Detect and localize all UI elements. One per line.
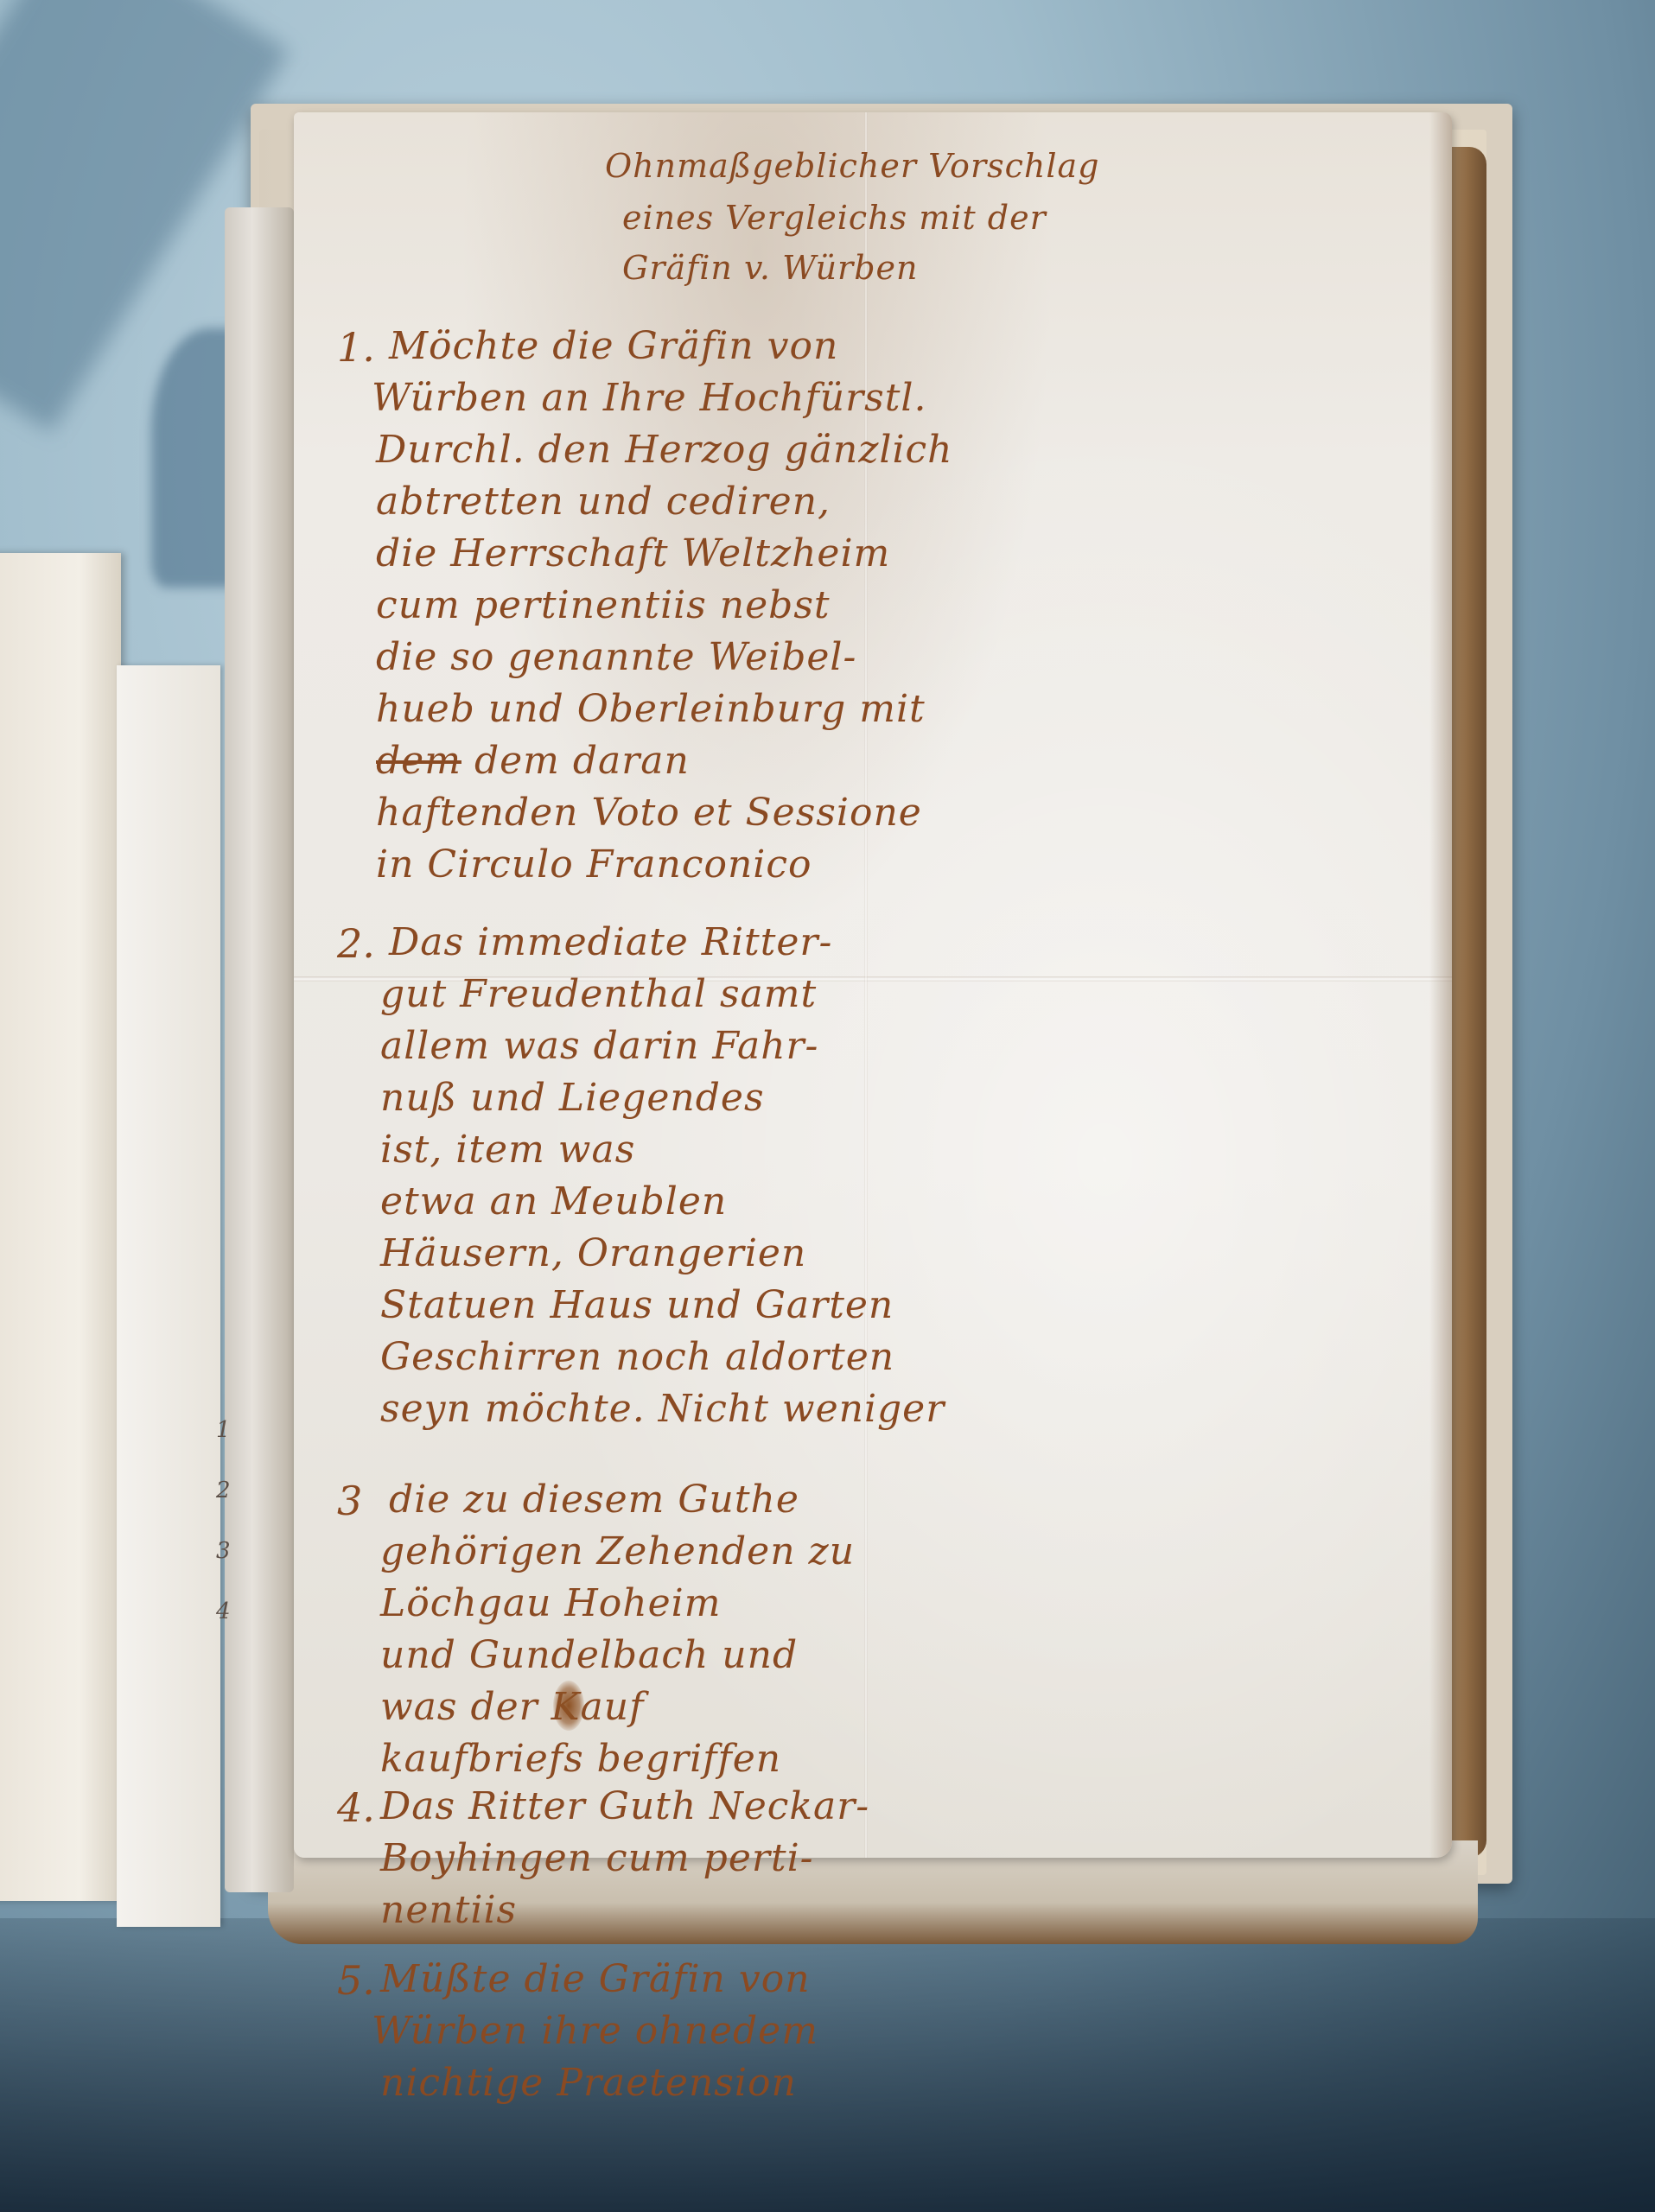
item-line: Das immediate Ritter- bbox=[389, 920, 832, 964]
item-line: etwa an Meublen bbox=[380, 1179, 727, 1224]
latin-text-block: ru fide et sepultis ab ipso pul in benef… bbox=[112, 553, 121, 562]
item-line: cum pertinentiis nebst bbox=[376, 583, 831, 627]
item-line: nuß und Liegendes bbox=[380, 1076, 765, 1120]
item-line: die Herrschaft Weltzheim bbox=[376, 531, 890, 575]
struck-word: dem bbox=[376, 739, 461, 783]
item-line: und Gundelbach und bbox=[380, 1633, 798, 1677]
spine-mark: 1 bbox=[216, 1400, 231, 1460]
spine-mark: 2 bbox=[216, 1460, 231, 1521]
ink-blot bbox=[553, 1681, 584, 1731]
item-line: was der Kauf bbox=[380, 1685, 644, 1729]
item-line: dem dem daran bbox=[376, 739, 690, 783]
bundle-spine bbox=[225, 207, 294, 1892]
item-number: 3 bbox=[337, 1478, 362, 1524]
item-number: 4. bbox=[337, 1784, 375, 1831]
vertical-fold bbox=[864, 112, 868, 1858]
item-line: Würben ihre ohnedem bbox=[372, 2009, 818, 2053]
item-line: Durchl. den Herzog gänzlich bbox=[376, 428, 953, 472]
title-line: Ohnmaßgeblicher Vorschlag bbox=[605, 147, 1100, 185]
item-line: haftenden Voto et Sessione bbox=[376, 791, 922, 835]
item-line: gut Freudenthal samt bbox=[380, 972, 817, 1016]
item-line: seyn möchte. Nicht weniger bbox=[380, 1387, 945, 1431]
item-line: Müßte die Gräfin von bbox=[380, 1957, 811, 2001]
background-dark-area bbox=[0, 1918, 1655, 2212]
item-line: Statuen Haus und Garten bbox=[380, 1283, 894, 1327]
title-line: Gräfin v. Würben bbox=[622, 249, 919, 287]
item-line: die so genannte Weibel- bbox=[376, 635, 856, 679]
item-line: ist, item was bbox=[380, 1128, 635, 1172]
item-number: 1. bbox=[337, 324, 375, 371]
latin-line: ru fide et sepultis ab ipso pul in benef… bbox=[112, 553, 121, 562]
printed-latin-sheet: ru fide et sepultis ab ipso pul in benef… bbox=[0, 553, 121, 1901]
manuscript-page: Ohnmaßgeblicher Vorschlag eines Vergleic… bbox=[294, 112, 1452, 1858]
spine-marks: 1 2 3 4 bbox=[216, 1400, 231, 1642]
spine-mark: 3 bbox=[216, 1521, 231, 1581]
item-line: Geschirren noch aldorten bbox=[380, 1335, 894, 1379]
spine-mark: 4 bbox=[216, 1581, 231, 1642]
item-line: kaufbriefs begriffen bbox=[380, 1737, 781, 1781]
item-line: Löchgau Hoheim bbox=[380, 1581, 721, 1625]
page-edge-stain bbox=[1429, 112, 1452, 1858]
item-line: allem was darin Fahr- bbox=[380, 1024, 818, 1068]
item-line: Das Ritter Guth Neckar- bbox=[380, 1784, 869, 1828]
item-number: 5. bbox=[337, 1957, 375, 2004]
title-line: eines Vergleichs mit der bbox=[622, 199, 1047, 237]
item-line-text: dem daran bbox=[474, 739, 690, 783]
item-line: abtretten und cediren, bbox=[376, 480, 831, 524]
item-line: nichtige Praetension bbox=[380, 2061, 797, 2105]
item-line: Würben an Ihre Hochfürstl. bbox=[372, 376, 927, 420]
item-number: 2. bbox=[337, 920, 375, 967]
item-line: Häusern, Orangerien bbox=[380, 1231, 806, 1275]
item-line: die zu diesem Guthe bbox=[389, 1478, 799, 1522]
blank-sheet bbox=[117, 665, 220, 1927]
item-line: Boyhingen cum perti- bbox=[380, 1836, 814, 1880]
item-line: nentiis bbox=[380, 1888, 517, 1932]
item-line: gehörigen Zehenden zu bbox=[380, 1529, 855, 1573]
item-line: in Circulo Franconico bbox=[376, 842, 812, 887]
item-line: hueb und Oberleinburg mit bbox=[376, 687, 926, 731]
item-line: Möchte die Gräfin von bbox=[389, 324, 838, 368]
